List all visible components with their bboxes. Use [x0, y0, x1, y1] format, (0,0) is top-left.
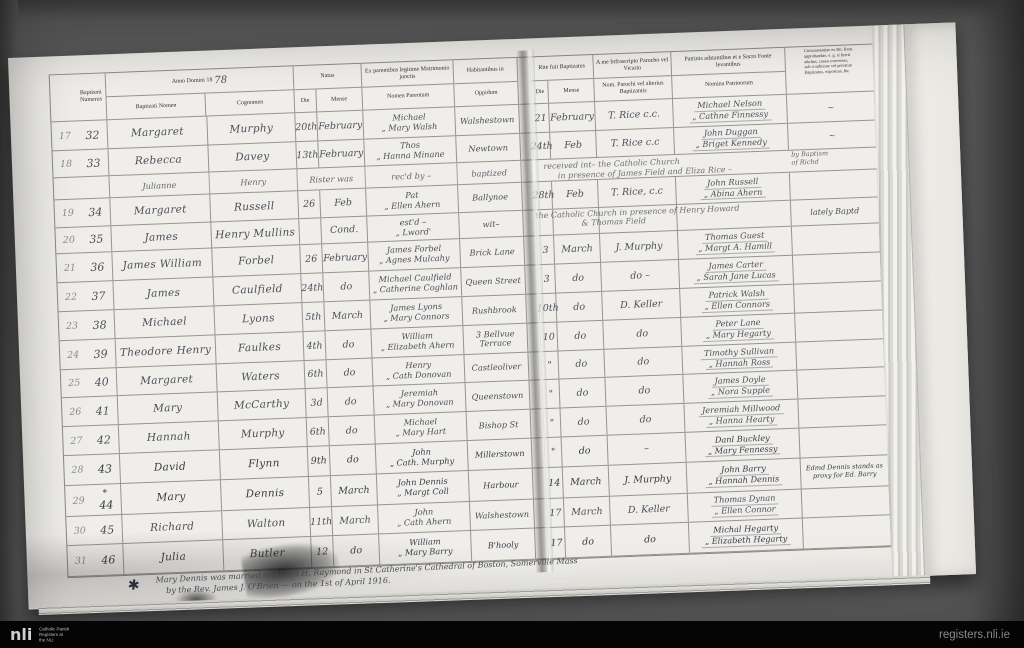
cell-residence: Queenstown: [465, 381, 530, 411]
header-natus-label: Natus: [293, 64, 361, 90]
cell-priest: do –: [601, 260, 680, 291]
margin-number: 25: [61, 369, 88, 397]
cell-circumstances: [797, 367, 886, 398]
cell-baptism-month: February: [549, 102, 596, 132]
cell-residence: Queen Street: [461, 266, 526, 296]
cell-residence: Millerstown: [468, 439, 533, 470]
cell-surname: Forbel: [212, 245, 301, 276]
header-residence-top: Habitantibus in: [453, 58, 517, 84]
header-parents-group: Ex parentibus legitime Matrimonio juncti…: [361, 60, 455, 109]
cell-birth-day: 20th: [295, 112, 318, 141]
cell-birth-month: February: [322, 243, 369, 273]
cell-parents: John„ Cath. Murphy: [376, 441, 469, 473]
header-number-col: Baptismi Numerus: [76, 73, 108, 120]
cell-baptism-month: March: [563, 466, 610, 498]
cell-note-residence: baptized: [457, 161, 522, 184]
header-sponsors-group: Patrinis adstantibus et e Sacro Fonte le…: [671, 48, 787, 98]
cell-baptism-month: do: [556, 292, 603, 322]
cell-birth-month: do: [329, 415, 376, 445]
nli-branding-bar: nli Catholic Parish Registers at the NLI…: [0, 621, 1024, 648]
cell-surname: Dennis: [221, 477, 310, 510]
cell-birth-day: 26: [298, 190, 321, 218]
header-birth-die: Die: [294, 89, 317, 112]
cell-priest: do: [603, 318, 682, 349]
entry-number: 34: [80, 198, 111, 226]
header-birth-mense: Mense: [316, 88, 362, 112]
cell-forename: James William: [112, 248, 213, 280]
cell-sponsors: [677, 201, 792, 230]
cell-circumstances: [798, 396, 887, 427]
cell-forename: Theodore Henry: [116, 335, 217, 367]
cell-circumstances: ~: [788, 120, 877, 149]
cell-birth-day: 5: [309, 476, 332, 507]
header-natus-group: Natus Die Mense: [293, 64, 363, 113]
cell-surname: Caulfield: [213, 274, 302, 305]
cell-priest: D. Keller: [602, 289, 681, 320]
register-page-scan: Baptismi Numerus Anno Domini 18 78 Bapti…: [8, 22, 976, 609]
cell-baptism-month: Feb: [552, 180, 599, 209]
footnote-asterisk: ✱: [127, 576, 140, 594]
cell-priest: do: [604, 347, 683, 377]
cell-baptism-month: March: [554, 234, 601, 264]
cell-surname: Waters: [217, 361, 306, 391]
header-cognomen-label: Cognomen: [206, 90, 294, 115]
cell-birth-day: 13th: [296, 141, 319, 168]
entry-number: 46: [93, 544, 124, 575]
cell-parents: est'd –„ Lword': [367, 213, 460, 241]
cell-baptism-month: March: [564, 497, 611, 527]
entry-number: 33: [78, 149, 109, 176]
cell-surname: Murphy: [207, 113, 296, 144]
cell-baptism-month: do: [565, 526, 612, 558]
cell-residence: 3 Bellvue Terrace: [463, 324, 528, 354]
cell-residence: Harbour: [469, 469, 534, 501]
cell-priest: T. Rice, c.c: [598, 177, 677, 207]
cell-baptism-month: do: [557, 321, 604, 351]
cell-sponsors: Timothy Sullivan„ Hannah Ross: [682, 343, 797, 374]
nli-logo: nli: [10, 627, 32, 643]
header-residence-group: Habitantibus in Oppidum: [453, 58, 519, 106]
cell-circumstances: [793, 252, 882, 283]
cell-priest: T. Rice c.c.: [595, 99, 674, 130]
cell-forename: Margaret: [117, 364, 218, 395]
cell-sponsors: John Barry„ Hannah Dennis: [687, 459, 802, 493]
margin-number: [54, 177, 81, 199]
cell-circumstances: lately Baptd: [791, 197, 880, 225]
cell-surname: Faulkes: [216, 332, 305, 363]
cell-birth-month: do: [330, 444, 377, 475]
cell-surname: Russell: [210, 191, 299, 221]
margin-number: 18: [53, 150, 80, 177]
header-priest-group: A me Infrascripto Parocho vel Vicario No…: [593, 52, 673, 101]
margin-number: 20: [55, 227, 82, 253]
cell-parents: James Forbel„ Agnes Mulcahy: [368, 239, 461, 270]
cell-residence: Castleoliver: [464, 353, 529, 382]
margin-number: 17: [51, 121, 78, 150]
margin-number: 22: [57, 282, 84, 311]
cell-priest: do: [606, 404, 685, 435]
cell-circumstances: [803, 515, 892, 548]
cell-residence: Bishop St: [467, 410, 532, 440]
cell-circumstances: [790, 169, 879, 199]
cell-priest: D. Keller: [610, 494, 689, 525]
cell-baptism-month: do: [559, 378, 606, 408]
cell-circumstances: [796, 339, 885, 369]
header-baptism-top: Rite fuit Baptizatus: [530, 55, 593, 81]
header-priest-top: A me Infrascripto Parocho vel Vicario: [593, 52, 671, 79]
cell-birth-month: Cond.: [321, 217, 368, 244]
cell-sponsors: James Doyle„ Nora Supple: [683, 371, 798, 403]
cell-circumstances: Edmd Dennis stands asproxy for Ed. Barry: [801, 455, 890, 488]
cell-birth-month: February: [317, 111, 364, 141]
cell-surname: Henry Mullins: [211, 219, 300, 247]
cell-priest: do: [605, 375, 684, 406]
margin-number: 26: [62, 397, 89, 426]
cell-forename: Mary: [121, 480, 222, 514]
cell-birth-month: do: [327, 359, 374, 388]
cell-note-forename: Julianne: [109, 173, 210, 198]
cell-residence: B'hooly: [471, 529, 536, 561]
cell-sponsors: Thomas Dynan„ Ellen Connor: [688, 490, 803, 522]
margin-stub: [50, 74, 78, 121]
note-circumstance: by Baptismof Richd: [791, 148, 878, 167]
cell-baptism-month: Feb: [550, 131, 597, 159]
cell-surname: Flynn: [220, 447, 309, 479]
cell-sponsors: Michal Hegarty„ Elizabeth Hegarty: [689, 518, 804, 552]
entry-number: 35: [81, 226, 112, 252]
cell-circumstances: [792, 223, 881, 254]
cell-sponsors: Peter Lane„ Mary Hegarty: [681, 314, 796, 346]
margin-number: 23: [59, 311, 86, 340]
entry-number: 38: [85, 310, 116, 339]
margin-number: 31: [67, 545, 94, 576]
cell-forename: Richard: [122, 511, 223, 543]
cell-parents: John Dennis„ Margt Coll: [377, 471, 470, 504]
cell-parents: Michael Caulfield„ Catherine Coghlan: [369, 268, 462, 299]
cell-birth-month: March: [324, 301, 371, 331]
cell-residence: Walshestown: [455, 105, 520, 135]
cell-surname: Davey: [208, 142, 297, 171]
entry-number: 45: [92, 515, 123, 544]
entry-number: 43: [90, 454, 121, 484]
scan-viewer: Baptismi Numerus Anno Domini 18 78 Bapti…: [0, 0, 1024, 648]
cell-sponsors: Thomas Guest„ Margt A. Hamill: [678, 227, 793, 259]
cell-surname: Murphy: [219, 418, 308, 449]
cell-baptism-month: do: [555, 263, 602, 293]
background-right-shade: [972, 0, 1024, 622]
cell-birth-month: Feb: [320, 189, 367, 218]
cell-birth-day: [299, 218, 322, 244]
caption-line3: the NLI: [39, 637, 111, 642]
cell-residence: Rushbrook: [462, 295, 527, 325]
cell-note-parents: rec'd by –: [365, 163, 458, 187]
cell-sponsors: Danl Buckley„ Mary Fennessy: [686, 429, 801, 462]
cell-circumstances: [802, 486, 891, 517]
cell-baptism-month: do: [558, 350, 605, 379]
cell-priest: T. Rice c.c: [596, 128, 675, 157]
cell-residence: Ballynoe: [458, 183, 523, 212]
entry-number: 39: [86, 339, 117, 368]
cell-note-natus: Rister was: [297, 167, 366, 191]
cell-parents: Michael„ Mary Walsh: [363, 107, 456, 138]
background-top-shade: [0, 0, 1024, 20]
header-residence-sub: Oppidum: [454, 82, 518, 106]
header-parents-sub: Nomen Parentum: [362, 84, 454, 109]
cell-parents: James Lyons„ Mary Connors: [370, 297, 463, 328]
header-parents-top: Ex parentibus legitime Matrimonio juncti…: [361, 60, 453, 87]
header-priest-sub: Nom. Parochi vel alterius Baptizantis: [594, 76, 672, 101]
cell-priest: J. Murphy: [600, 231, 679, 262]
cell-birth-day: 5th: [302, 302, 325, 331]
cell-forename: Julia: [123, 540, 224, 574]
cell-forename: Michael: [115, 306, 216, 338]
entry-number: 42: [89, 425, 120, 454]
register-rows: 1732MargaretMurphy20thFebruaryMichael„ M…: [51, 91, 891, 577]
header-baptism-group: Rite fuit Baptizatus Die Mense: [529, 55, 595, 103]
header-circumstances-text: Circumstantiae ex Rit. Rom. approbandae,…: [803, 45, 856, 77]
margin-number: 28: [64, 455, 91, 485]
header-number-label: Baptismi Numerus: [76, 73, 107, 120]
cell-priest: J. Murphy: [609, 463, 688, 496]
nli-logo-caption: Catholic Parish Registers at the NLI: [39, 621, 159, 648]
anno-year-handwritten: 78: [214, 75, 227, 87]
entry-number: 37: [83, 281, 114, 310]
cell-birth-day: 6th: [307, 417, 330, 446]
cell-parents: John„ Cath Ahern: [378, 502, 471, 533]
entry-number: 36: [82, 252, 113, 281]
cell-forename: David: [120, 450, 221, 483]
cell-birth-month: March: [332, 505, 379, 535]
cell-baptism-month: do: [562, 436, 609, 467]
cell-birth-month: do: [333, 534, 380, 566]
cell-surname: McCarthy: [218, 389, 307, 420]
cell-forename: Rebecca: [108, 146, 209, 176]
asterisk-mark: *: [102, 488, 107, 498]
header-circumstances: Circumstantiae ex Rit. Rom. approbandae,…: [785, 45, 875, 94]
cell-parents: Thos„ Hanna Minane: [364, 136, 457, 165]
cell-surname: Lyons: [214, 303, 303, 334]
cell-surname: Walton: [222, 508, 311, 539]
cell-birth-day: 6th: [305, 360, 328, 388]
header-baptism-mense: Mense: [549, 79, 594, 103]
cell-sponsors: John Duggan„ Briget Kennedy: [674, 124, 789, 154]
cell-parents: William„ Mary Barry: [379, 531, 472, 564]
entry-number: 32: [77, 120, 108, 149]
margin-number: 29: [65, 485, 92, 516]
cell-residence: Newtown: [456, 134, 521, 162]
header-sponsors-sub: Nomina Patrinorum: [672, 72, 786, 98]
baptism-register-table: Baptismi Numerus Anno Domini 18 78 Bapti…: [49, 43, 893, 578]
cell-birth-month: do: [323, 272, 370, 302]
cell-note-cognomen: Henry: [209, 169, 298, 193]
margin-number: 21: [56, 253, 83, 282]
entry-number: [80, 176, 111, 198]
cell-sponsors: Patrick Walsh„ Ellen Connors: [680, 285, 795, 317]
cell-forename: Margaret: [110, 194, 211, 225]
cell-circumstances: [794, 281, 883, 312]
cell-parents: Pat„ Ellen Ahern: [366, 185, 459, 215]
cell-parents: Michael„ Mary Hart: [375, 412, 468, 443]
cell-baptism-month: [553, 208, 600, 235]
margin-number: 19: [54, 199, 81, 227]
cell-priest: do: [611, 523, 690, 556]
cell-parents: Henry„ Cath Donovan: [373, 355, 466, 385]
cell-forename: James: [113, 277, 214, 309]
cell-birth-day: 4th: [303, 331, 326, 360]
entry-number: *44: [91, 484, 122, 515]
cell-sponsors: Jeremiah Millwood„ Hanna Hearty: [684, 400, 799, 432]
margin-number: 30: [66, 516, 93, 545]
cell-forename: Hannah: [119, 421, 220, 453]
cell-parents: William„ Elizabeth Ahern: [371, 326, 464, 357]
cell-forename: James: [111, 222, 212, 251]
cell-parents: Jeremiah„ Mary Donovan: [374, 383, 467, 414]
cell-birth-month: March: [331, 474, 378, 506]
entry-number: 40: [87, 368, 118, 396]
cell-birth-day: 26: [300, 244, 323, 273]
cell-residence: wit–: [459, 211, 524, 238]
cell-birth-month: do: [328, 386, 375, 416]
header-anno-group: Anno Domini 18 78 Baptizati Nomen Cognom…: [106, 66, 296, 119]
cell-birth-day: 3d: [306, 388, 329, 417]
cell-residence: Walshestown: [470, 500, 535, 530]
cell-sponsors: John Russell„ Abina Ahern: [676, 173, 791, 204]
anno-printed: Anno Domini 18: [172, 77, 213, 85]
cell-forename: Mary: [118, 392, 219, 424]
cell-priest: [599, 205, 678, 233]
cell-circumstances: ~: [787, 91, 876, 122]
cell-circumstances: [799, 425, 888, 457]
cell-circumstances: [795, 310, 884, 341]
cell-sponsors: Michael Nelson„ Cathne Finnessy: [673, 95, 788, 127]
cell-baptism-month: do: [561, 407, 608, 437]
site-url: registers.nli.ie: [939, 629, 1010, 641]
cell-residence: Brick Lane: [460, 237, 525, 267]
cell-birth-day: 9th: [308, 446, 331, 476]
margin-number: 24: [60, 340, 87, 369]
cell-birth-month: February: [318, 140, 365, 168]
margin-number: 27: [63, 426, 90, 455]
cell-birth-month: do: [325, 330, 372, 360]
entry-number: 41: [88, 396, 119, 425]
header-forename-label: Baptizati Nomen: [107, 94, 207, 120]
cell-birth-day: 11th: [310, 507, 333, 536]
cell-forename: Margaret: [107, 117, 208, 149]
cell-sponsors: James Carter„ Sarah Jane Lucas: [679, 256, 794, 288]
cell-birth-day: 24th: [301, 273, 324, 302]
cell-priest: –: [608, 433, 687, 465]
